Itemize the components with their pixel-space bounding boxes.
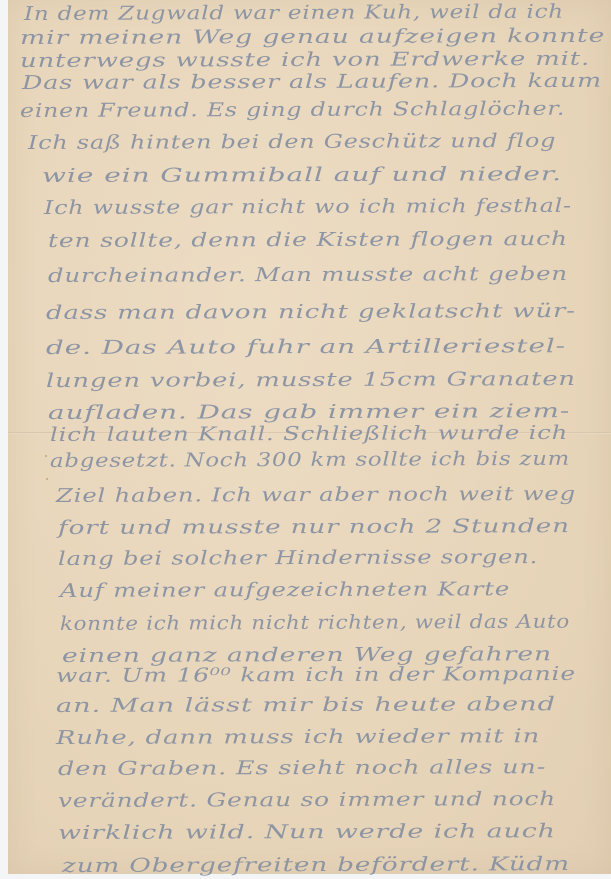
text-line: Auf meiner aufgezeichneten Karte [60,578,510,602]
text-line: lich lauten Knall. Schließlich wurde ich [50,422,568,446]
letter-page: In dem Zugwald war einen Kuh, weil da ic… [8,0,611,874]
paper-speck [295,862,297,864]
text-line: mir meinen Weg genau aufzeigen konnte [20,25,605,49]
text-line: lang bei solcher Hindernisse sorgen. [58,546,538,570]
text-line: Ich saß hinten bei den Geschütz und flog [28,130,556,154]
paper-speck [45,455,47,457]
text-line: den Graben. Es sieht noch alles un- [58,756,546,780]
text-line: In dem Zugwald war einen Kuh, weil da ic… [24,1,564,25]
text-line: konnte ich mich nicht richten, weil das … [60,611,570,635]
text-line: Das war als besser als Laufen. Doch kaum [22,70,602,94]
text-line: fort und musste nur noch 2 Stunden [58,515,570,539]
text-line: unterwegs wusste ich von Erdwerke mit. [20,48,590,72]
text-line: einen Freund. Es ging durch Schlaglöcher… [20,98,565,122]
text-line: zum Obergefreiten befördert. Küdm [62,853,570,877]
text-line: Ziel haben. Ich war aber noch weit weg [56,483,576,507]
text-line: de. Das Auto fuhr an Artilleriestel- [46,335,566,359]
text-line: war. Um 16⁰⁰ kam ich in der Kompanie [56,663,576,687]
text-line: wie ein Gummiball auf und nieder. [42,163,562,187]
text-line: lungen vorbei, musste 15cm Granaten [46,368,576,392]
text-line: abgesetzt. Noch 300 km sollte ich bis zu… [50,448,570,472]
text-line: Ruhe, dann muss ich wieder mit in [56,725,540,749]
text-line: wirklich wild. Nun werde ich auch [58,820,556,844]
text-line: aufladen. Das gab immer ein ziem- [48,400,570,424]
paper-speck [46,478,48,480]
text-line: ten sollte, denn die Kisten flogen auch [48,228,568,252]
text-line: dass man davon nicht geklatscht wür- [46,300,576,324]
text-line: durcheinander. Man musste acht geben [48,263,568,287]
text-line: an. Man lässt mir bis heute abend [56,693,556,717]
text-line: Ich wusste gar nicht wo ich mich festhal… [44,195,572,219]
text-line: verändert. Genau so immer und noch [58,788,556,812]
